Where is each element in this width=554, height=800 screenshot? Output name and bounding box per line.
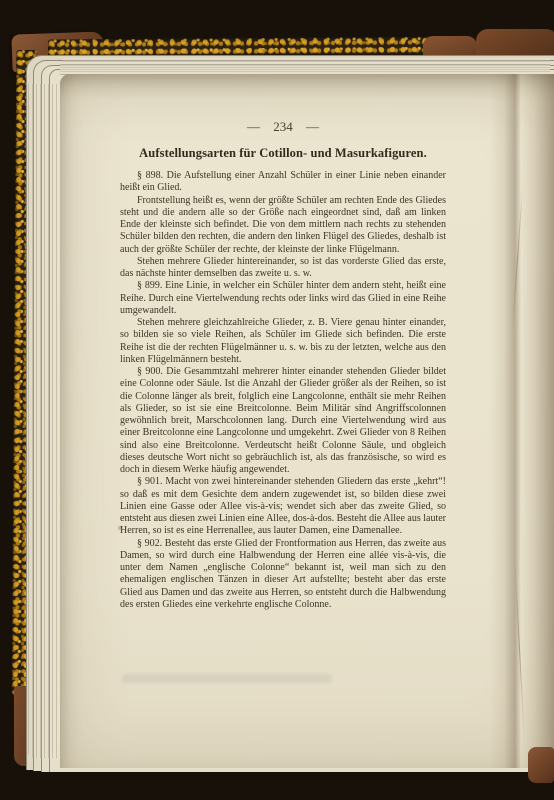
- paragraph-glieder: Stehen mehrere Glieder hintereinander, s…: [120, 256, 446, 281]
- section-heading: Aufstellungsarten für Cotillon- und Masu…: [116, 146, 450, 161]
- text-block: § 898. Die Aufstellung einer Anzahl Schü…: [120, 170, 446, 611]
- paragraph-frontstellung: Frontstellung heißt es, wenn der größte …: [120, 195, 446, 256]
- paragraph-899-reihe: § 899. Eine Linie, in welcher ein Schüle…: [120, 280, 446, 317]
- ink-showthrough: [122, 674, 332, 683]
- page-edges-left: [28, 84, 62, 758]
- paragraph-898-definition: § 898. Die Aufstellung einer Anzahl Schü…: [120, 170, 446, 195]
- leather-cover-corner-bottom-right: [528, 747, 554, 783]
- paragraph-901-allee: § 901. Macht von zwei hintereinander ste…: [120, 476, 446, 537]
- page-number: — 234 —: [120, 119, 446, 135]
- paragraph-900-colonne: § 900. Die Gesammtzahl mehrerer hinter e…: [120, 366, 446, 476]
- paragraph-902-englische-colonne: § 902. Besteht das erste Glied der Front…: [120, 538, 446, 612]
- gutter-fold: [490, 74, 554, 768]
- book-page: — 234 — Aufstellungsarten für Cotillon- …: [60, 74, 554, 768]
- book-photo: — 234 — Aufstellungsarten für Cotillon- …: [0, 0, 554, 800]
- paragraph-gleichzahlreiche: Stehen mehrere gleichzahlreiche Glieder,…: [120, 317, 446, 366]
